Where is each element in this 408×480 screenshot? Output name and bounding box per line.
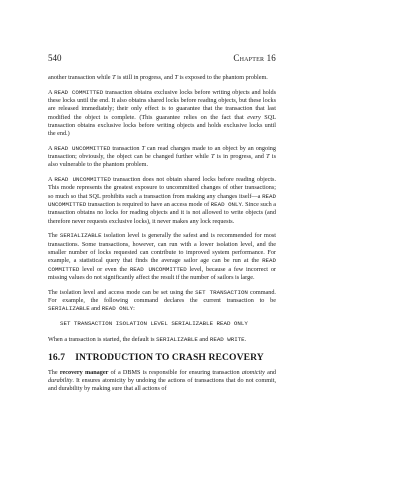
paragraph: A READ UNCOMMITTED transaction does not … [48,176,276,226]
text-run: recovery manager [60,369,109,376]
section-number: 16.7 [48,352,65,363]
text-run: transaction is required to have an acces… [86,201,210,208]
sql-keyword: SERIALIZABLE [48,305,90,312]
text-run: durability [48,377,72,384]
text-run: is still in progress, and [116,74,175,81]
sql-keyword: READ UNCOMMITTED [54,176,110,183]
text-run: atomicity [242,369,265,376]
text-run: and [198,336,210,343]
paragraph: The isolation level and access mode can … [48,289,276,314]
code-example: SET TRANSACTION ISOLATION LEVEL SERIALIZ… [60,320,276,328]
paragraph: A READ COMMITTED transaction obtains exc… [48,89,276,139]
section-title: INTRODUCTION TO CRASH RECOVERY [75,352,264,363]
text-run: : [133,305,135,312]
text-run: level or even the [79,266,130,273]
text-run: of a DBMS is responsible for ensuring tr… [108,369,241,376]
sql-keyword: READ WRITE [210,336,245,343]
running-header: 540 Chapter 16 [48,53,276,63]
text-run: . [245,336,247,343]
text-run: transaction [110,145,141,152]
chapter-label: Chapter 16 [233,53,276,63]
text-run: . It ensures atomicity by undoing the ac… [48,377,276,392]
sql-keyword: SERIALIZABLE [156,336,198,343]
book-page: 540 Chapter 16 another transaction while… [0,0,408,480]
text-run: and [265,369,276,376]
paragraph: A READ UNCOMMITTED transaction T can rea… [48,145,276,170]
text-run: The [48,232,60,239]
sql-keyword: SERIALIZABLE [60,232,102,239]
text-run: is exposed to the phantom problem. [178,74,268,81]
section-heading: 16.7INTRODUCTION TO CRASH RECOVERY [48,354,276,362]
page-number: 540 [48,53,62,63]
sql-keyword: READ COMMITTED [54,89,103,96]
sql-keyword: READ ONLY [102,305,133,312]
text-run: and [90,305,102,312]
paragraph: The SERIALIZABLE isolation level is gene… [48,232,276,282]
sql-keyword: READ UNCOMMITTED [54,145,110,152]
sql-keyword: SET TRANSACTION [195,289,248,296]
text-run: is in progress, and [214,153,266,160]
paragraph: another transaction while T is still in … [48,74,276,82]
paragraph: When a transaction is started, the defau… [48,336,276,344]
text-run: every [247,114,260,121]
text-run: The isolation level and access mode can … [48,289,195,296]
page-body: another transaction while T is still in … [48,74,276,400]
text-run: another transaction while [48,74,112,81]
sql-keyword: READ ONLY [211,201,242,208]
text-run: The [48,369,60,376]
sql-keyword: READ UNCOMMITTED [130,266,187,273]
paragraph: The recovery manager of a DBMS is respon… [48,369,276,394]
text-run: When a transaction is started, the defau… [48,336,156,343]
